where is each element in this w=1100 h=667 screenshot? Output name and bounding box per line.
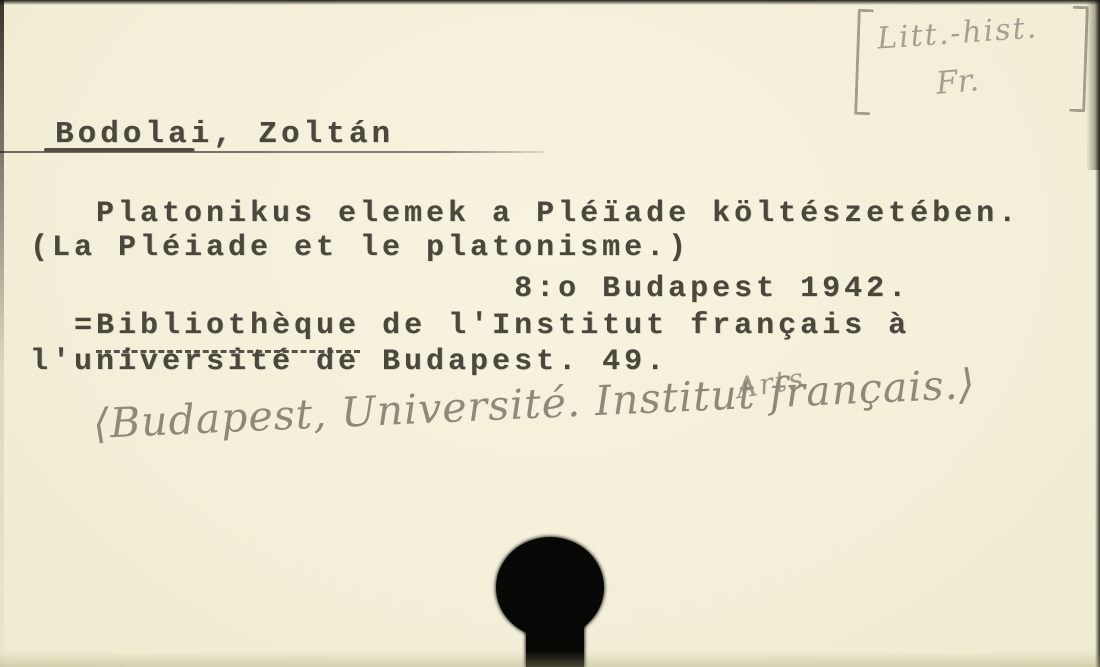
series-prefix: =: [30, 309, 96, 343]
scan-edge-right: [1095, 0, 1100, 667]
left-bracket-mark: [854, 9, 874, 115]
catalog-card: Litt.-hist. Fr. Bodolai, Zoltán Platonik…: [0, 0, 1100, 667]
scan-edge-top: [0, 0, 1100, 5]
title-line-french: (La Pléiade et le platonisme.): [30, 231, 690, 265]
classification-text-line1: Litt.-hist.: [876, 10, 1039, 56]
title-line-hungarian: Platonikus elemek a Pléïade költészetébe…: [30, 197, 1020, 231]
author-heading: Bodolai, Zoltán: [55, 118, 394, 152]
imprint-line: 8:o Budapest 1942.: [30, 272, 910, 306]
classification-text-line2: Fr.: [935, 62, 981, 102]
heading-underline-typed: [44, 148, 194, 152]
series-line-2: l'université de Budapest. 49.: [30, 345, 668, 379]
series-line-1: =Bibliothèque de l'Institut français à: [30, 309, 910, 343]
scan-edge-bottom: [0, 651, 1100, 667]
series-rest: de l'Institut français à: [360, 309, 910, 343]
scan-edge-left: [0, 0, 4, 667]
